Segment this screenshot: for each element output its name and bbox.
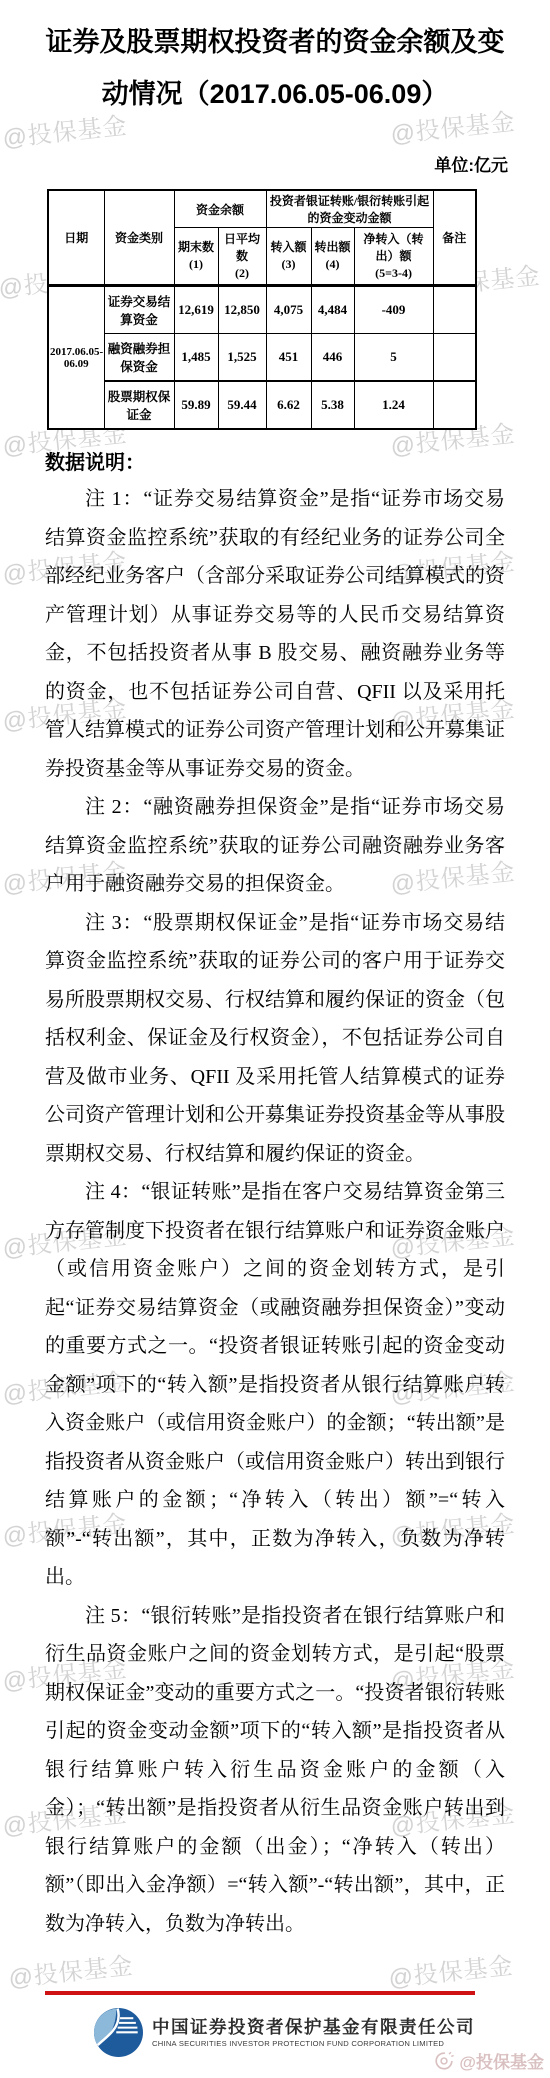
note-3: 注 3：“股票期权保证金”是指“证券市场交易结算资金监控系统”获取的证券公司的客… bbox=[45, 904, 505, 1174]
header-date: 日期 bbox=[48, 190, 104, 286]
remark-cell bbox=[433, 381, 476, 429]
note-2: 注 2：“融资融券担保资金”是指“证券市场交易结算资金监控系统”获取的证券公司融… bbox=[45, 788, 505, 904]
footer-brand: 中国证券投资者保护基金有限责任公司 CHINA SECURITIES INVES… bbox=[94, 2008, 475, 2057]
weibo-handle: @投保基金 bbox=[459, 2048, 544, 2073]
table-row: 融资融券担保资金 1,485 1,525 451 446 5 bbox=[48, 334, 476, 382]
table-row: 2017.06.05-06.09 证券交易结算资金 12,619 12,850 … bbox=[48, 286, 476, 334]
header-period-end: 期末数(1) bbox=[174, 228, 218, 286]
note-5: 注 5：“银衍转账”是指投资者在银行结算账户和衍生品资金账户之间的资金划转方式，… bbox=[45, 1597, 505, 1944]
header-category: 资金类别 bbox=[104, 190, 174, 286]
value-cell: 5.38 bbox=[311, 381, 354, 429]
value-cell: 6.62 bbox=[266, 381, 311, 429]
weibo-watermark: @投保基金 bbox=[433, 2048, 544, 2073]
value-cell: 12,619 bbox=[174, 286, 218, 334]
value-cell: -409 bbox=[354, 286, 433, 334]
header-transfer-out: 转出额(4) bbox=[311, 228, 354, 286]
remark-cell bbox=[433, 286, 476, 334]
weibo-camera-icon bbox=[433, 2050, 455, 2072]
page-title-line1: 证券及股票期权投资者的资金余额及变 bbox=[0, 16, 550, 68]
company-name-block: 中国证券投资者保护基金有限责任公司 CHINA SECURITIES INVES… bbox=[152, 2016, 475, 2049]
category-cell: 证券交易结算资金 bbox=[104, 286, 174, 334]
header-change-group: 投资者银证转账/银衍转账引起的资金变动金额 bbox=[266, 190, 433, 228]
value-cell: 59.89 bbox=[174, 381, 218, 429]
category-cell: 融资融券担保资金 bbox=[104, 334, 174, 382]
value-cell: 5 bbox=[354, 334, 433, 382]
header-balance-group: 资金余额 bbox=[174, 190, 266, 228]
unit-label: 单位:亿元 bbox=[0, 156, 550, 176]
value-cell: 12,850 bbox=[218, 286, 266, 334]
remark-cell bbox=[433, 334, 476, 382]
watermark-text: @投保基金 bbox=[7, 1946, 135, 1994]
note-4: 注 4：“银证转账”是指在客户交易结算资金第三方存管制度下投资者在银行结算账户和… bbox=[45, 1173, 505, 1597]
table-row: 股票期权保证金 59.89 59.44 6.62 5.38 1.24 bbox=[48, 381, 476, 429]
footer-divider-rule bbox=[45, 1991, 475, 1995]
header-remark: 备注 bbox=[433, 190, 476, 286]
notes-heading: 数据说明： bbox=[45, 446, 505, 480]
data-notes-section: 数据说明： 注 1：“证券交易结算资金”是指“证券市场交易结算资金监控系统”获取… bbox=[0, 446, 550, 1943]
watermark-text: @投保基金 bbox=[387, 1946, 515, 1994]
csipf-logo-icon bbox=[94, 2008, 143, 2057]
document-content: 证券及股票期权投资者的资金余额及变 动情况（2017.06.05-06.09） … bbox=[0, 0, 550, 1943]
company-name-en: CHINA SECURITIES INVESTOR PROTECTION FUN… bbox=[152, 2038, 475, 2049]
document-page: @投保基金@投保基金@投保基金@投保基金@投保基金@投保基金@投保基金@投保基金… bbox=[0, 0, 550, 2078]
value-cell: 1.24 bbox=[354, 381, 433, 429]
page-title: 证券及股票期权投资者的资金余额及变 动情况（2017.06.05-06.09） bbox=[0, 0, 550, 120]
value-cell: 446 bbox=[311, 334, 354, 382]
category-cell: 股票期权保证金 bbox=[104, 381, 174, 429]
date-cell: 2017.06.05-06.09 bbox=[48, 286, 104, 430]
header-net-transfer: 净转入（转出）额(5=3-4) bbox=[354, 228, 433, 286]
value-cell: 451 bbox=[266, 334, 311, 382]
value-cell: 59.44 bbox=[218, 381, 266, 429]
value-cell: 4,075 bbox=[266, 286, 311, 334]
note-1: 注 1：“证券交易结算资金”是指“证券市场交易结算资金监控系统”获取的有经纪业务… bbox=[45, 480, 505, 788]
company-name-cn: 中国证券投资者保护基金有限责任公司 bbox=[152, 2016, 475, 2038]
value-cell: 1,525 bbox=[218, 334, 266, 382]
value-cell: 4,484 bbox=[311, 286, 354, 334]
value-cell: 1,485 bbox=[174, 334, 218, 382]
header-transfer-in: 转入额(3) bbox=[266, 228, 311, 286]
fund-balance-table: 日期 资金类别 资金余额 投资者银证转账/银衍转账引起的资金变动金额 备注 期末… bbox=[47, 189, 477, 430]
page-title-line2: 动情况（2017.06.05-06.09） bbox=[0, 68, 550, 120]
header-daily-avg: 日平均数(2) bbox=[218, 228, 266, 286]
